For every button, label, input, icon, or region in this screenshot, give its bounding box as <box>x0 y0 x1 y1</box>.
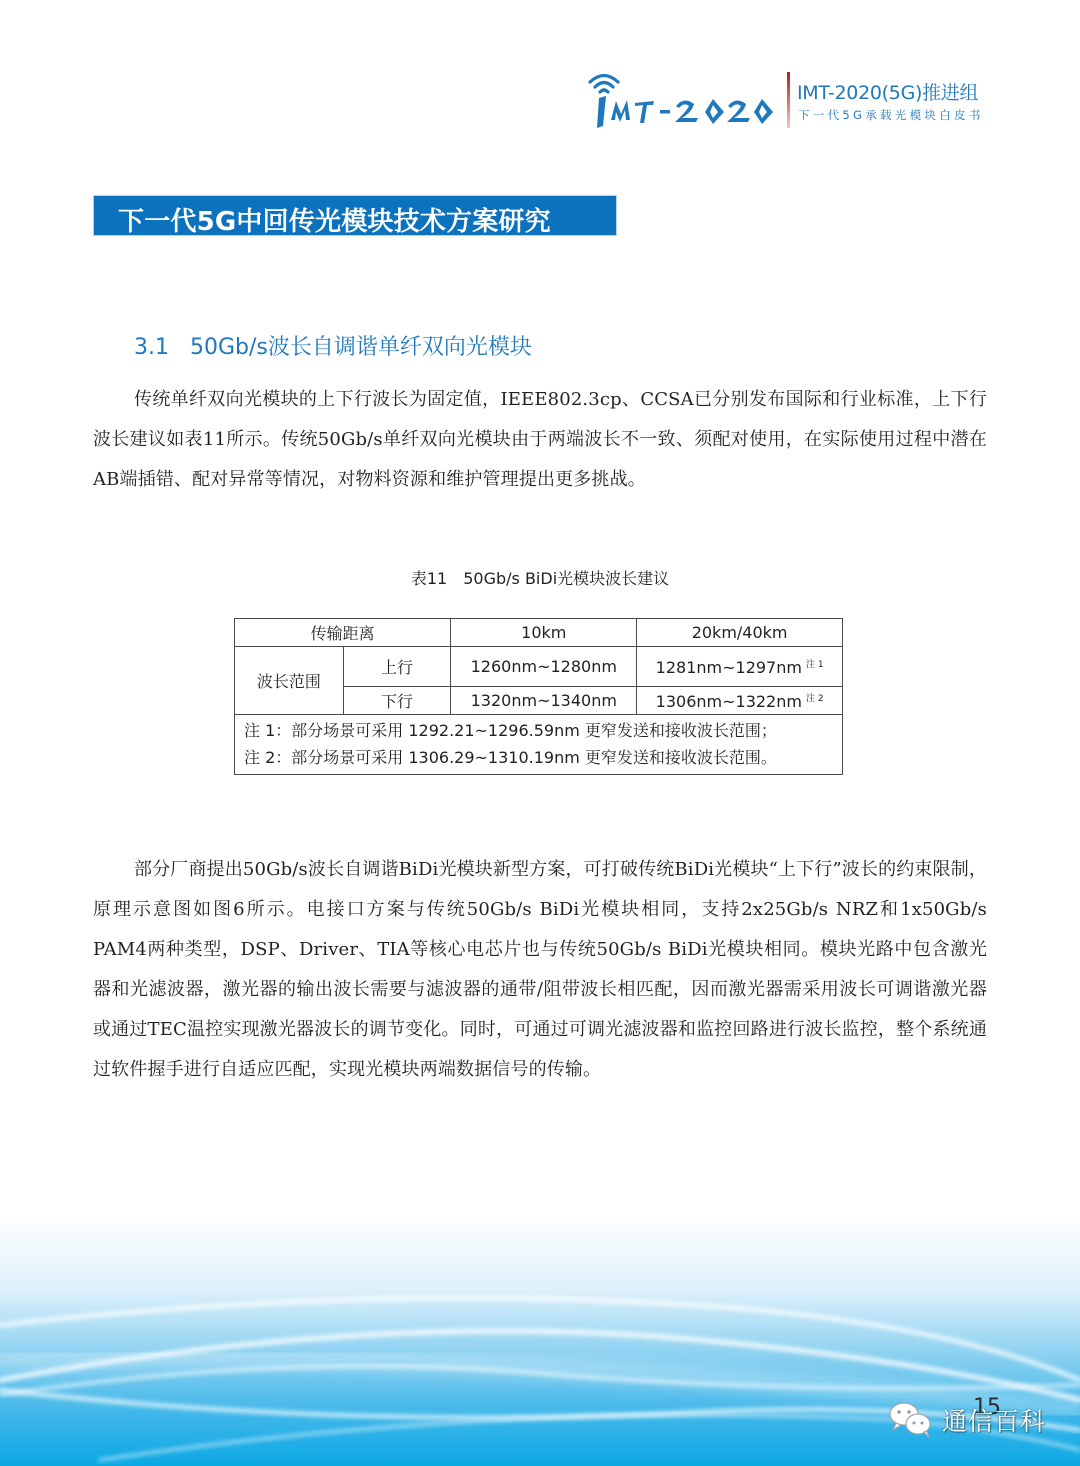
row-group-label: 波长范围 <box>235 647 344 715</box>
footnote-ref: 注 1 <box>806 660 824 670</box>
direction-cell: 上行 <box>343 647 451 687</box>
table-title: 50Gb/s BiDi光模块波长建议 <box>463 569 669 588</box>
table-notes: 注 1：部分场景可采用 1292.21~1296.59nm 更窄发送和接收波长范… <box>235 715 843 775</box>
watermark-label: 通信百科 <box>942 1402 1046 1438</box>
org-name: IMT-2020(5G)推进组 <box>797 78 978 105</box>
wechat-icon <box>888 1400 934 1440</box>
footnote-ref: 注 2 <box>806 694 824 704</box>
document-subtitle: 下一代5G承载光模块白皮书 <box>798 107 984 123</box>
table-cell: 1320nm~1340nm <box>451 687 637 715</box>
table-row: 波长范围 上行 1260nm~1280nm 1281nm~1297nm注 1 <box>235 647 843 687</box>
wavelength-table: 传输距离 10km 20km/40km 波长范围 上行 1260nm~1280n… <box>234 618 843 775</box>
section-heading: 3.150Gb/s波长自调谐单纤双向光模块 <box>134 330 532 361</box>
table-cell: 1260nm~1280nm <box>451 647 637 687</box>
header-cell-distance: 传输距离 <box>235 619 451 647</box>
section-title: 50Gb/s波长自调谐单纤双向光模块 <box>190 335 532 360</box>
watermark: 通信百科 <box>888 1400 1046 1440</box>
chapter-banner: 下一代5G中回传光模块技术方案研究 <box>93 195 617 236</box>
table-note: 注 1：部分场景可采用 1292.21~1296.59nm 更窄发送和接收波长范… <box>244 717 833 744</box>
direction-cell: 下行 <box>343 687 451 715</box>
body-paragraph: 传统单纤双向光模块的上下行波长为固定值，IEEE802.3cp、CCSA已分别发… <box>93 380 987 500</box>
table-number: 表11 <box>411 569 447 588</box>
body-paragraph: 部分厂商提出50Gb/s波长自调谐BiDi光模块新型方案，可打破传统BiDi光模… <box>93 850 987 1090</box>
signal-logo-icon <box>586 68 776 132</box>
table-notes-row: 注 1：部分场景可采用 1292.21~1296.59nm 更窄发送和接收波长范… <box>235 715 843 775</box>
table-cell: 1306nm~1322nm注 2 <box>637 687 843 715</box>
header-cell-10km: 10km <box>451 619 637 647</box>
chapter-title: 下一代5G中回传光模块技术方案研究 <box>118 201 551 238</box>
table-note: 注 2：部分场景可采用 1306.29~1310.19nm 更窄发送和接收波长范… <box>244 744 833 771</box>
cell-value: 1281nm~1297nm <box>656 658 802 677</box>
imt2020-logo <box>586 68 776 132</box>
header-cell-20-40km: 20km/40km <box>637 619 843 647</box>
cell-value: 1306nm~1322nm <box>656 692 802 711</box>
table-header-row: 传输距离 10km 20km/40km <box>235 619 843 647</box>
table-cell: 1281nm~1297nm注 1 <box>637 647 843 687</box>
header-divider <box>787 72 790 128</box>
table-caption: 表1150Gb/s BiDi光模块波长建议 <box>0 566 1080 589</box>
section-number: 3.1 <box>134 335 190 360</box>
